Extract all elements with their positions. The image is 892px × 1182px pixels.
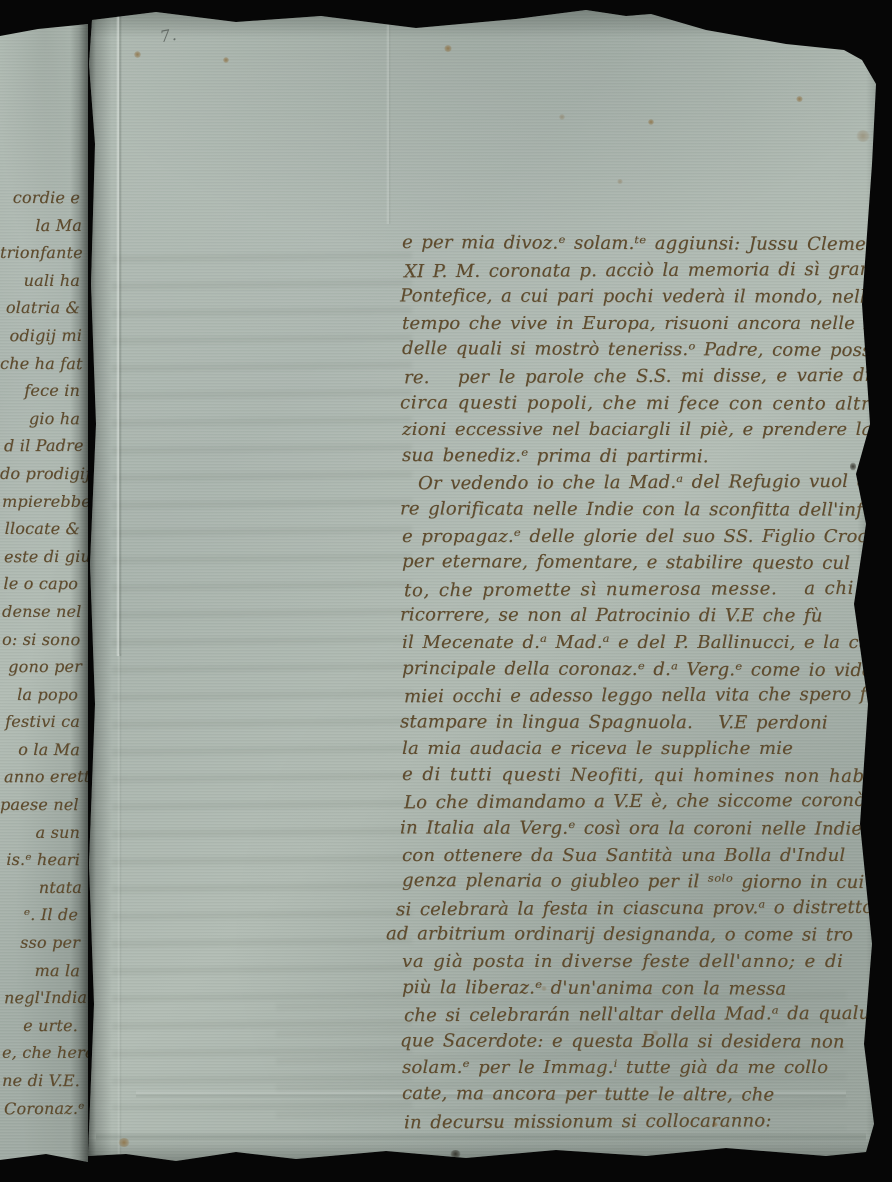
manuscript-line-fragment: negl'India [4,984,82,1012]
manuscript-line-fragment: che ha fat [0,349,78,377]
left-page-edge: cordie ela Matrionfanteuali haolatria &o… [0,24,88,1162]
manuscript-line-fragment: olatria & [2,294,80,322]
manuscript-line: cate, ma ancora per tutte le altre, che [402,1081,880,1110]
manuscript-line-fragment: ntata [4,874,82,902]
manuscript-page: 7. e per mia divoz.ᵉ solam.ᵗᵉ aggiunsi: … [86,4,888,1168]
vertical-crease [386,24,391,224]
manuscript-line: stampare in lingua Spagnuola. V.E perdon… [400,709,878,737]
manuscript-line-fragment: gio ha [2,405,80,433]
manuscript-line: Pontefice, a cui pari pochi vederà il mo… [400,284,878,312]
manuscript-line-fragment: ma la [2,956,80,984]
manuscript-line: XI P. M. coronata p. acciò la memoria di… [404,256,882,285]
manuscript-line: zioni eccessive nel baciargli il piè, e … [402,417,880,444]
manuscript-line: re glorificata nelle Indie con la sconfi… [400,496,878,524]
letter-text-block: e per mia divoz.ᵉ solam.ᵗᵉ aggiunsi: Jus… [402,231,880,1135]
manuscript-line: per eternare, fomentare, e stabilire que… [402,549,880,578]
fox-stain [134,51,141,58]
manuscript-line: più la liberaz.ᵉ d'un'anima con la messa [402,975,880,1004]
manuscript-line: tempo che vive in Europa, risuoni ancora… [402,311,880,338]
manuscript-line: in Italia ala Verg.ᵉ così ora la coroni … [400,815,878,843]
fox-stain [648,119,654,125]
manuscript-line-fragment: e urte. [0,1012,78,1040]
manuscript-line: solam.ᵉ per le Immag.ⁱ tutte già da me c… [402,1055,880,1082]
manuscript-line-fragment: mpierebbe [2,488,80,516]
manuscript-line-fragment: le o capo [0,570,78,598]
manuscript-line-fragment: odigij mi [4,322,82,350]
manuscript-line-fragment: la popo [0,681,78,709]
manuscript-line-fragment: dense nel [2,598,80,626]
manuscript-line-fragment: paese nel [0,791,78,819]
manuscript-line: sua benediz.ᵉ prima di partirmi. [402,443,880,472]
manuscript-line-fragment: ᵉ. Il de [0,901,78,929]
manuscript-line: miei occhi e adesso leggo nella vita che… [404,682,882,711]
manuscript-line-fragment: sso per [2,929,80,957]
manuscript-line-fragment: cordie e [2,184,80,212]
manuscript-line-fragment: fece in [2,377,80,405]
fox-stain [617,179,623,184]
manuscript-line-fragment: Coronaz.ᵉ [4,1094,82,1122]
manuscript-line: ricorrere, se non al Patrocinio di V.E c… [400,603,878,631]
fox-stain [856,130,870,142]
left-page-line-endings: cordie ela Matrionfanteuali haolatria &o… [2,184,80,1122]
manuscript-line-fragment: d il Padre [4,432,82,460]
manuscript-line: to, che promette sì numerosa messe. a ch… [404,575,882,604]
manuscript-line: Or vedendo io che la Mad.ᵃ del Refugio v… [404,469,882,498]
fox-stain [450,1150,461,1158]
manuscript-line-fragment: festivi ca [2,708,80,736]
fox-stain [444,45,452,52]
manuscript-line: che si celebrarán nell'altar della Mad.ᵃ… [404,1001,882,1030]
manuscript-line: il Mecenate d.ᵃ Mad.ᵃ e del P. Ballinucc… [402,630,880,657]
manuscript-line: re. per le parole che S.S. mi disse, e v… [404,363,882,392]
pencil-folio-number: 7. [158,25,178,47]
manuscript-line: e per mia divoz.ᵉ solam.ᵗᵉ aggiunsi: Jus… [402,230,880,259]
manuscript-line: e propagaz.ᵉ delle glorie del suo SS. Fi… [402,524,880,551]
manuscript-line: Lo che dimandamo a V.E è, che siccome co… [404,788,882,817]
manuscript-line: in decursu missionum si collocaranno: [404,1107,882,1136]
manuscript-line: circa questi popoli, che mi fece con cen… [400,390,878,418]
manuscript-line-fragment: o la Ma [2,736,80,764]
manuscript-line-fragment: do prodigij [0,460,78,488]
manuscript-line: e di tutti questi Neofiti, qui homines n… [402,762,880,791]
manuscript-line: principale della coronaz.ᵉ d.ᵃ Verg.ᵉ co… [402,655,880,684]
scanned-manuscript-photo: { "colors": { "backdrop": "#060606", "pa… [0,0,892,1182]
manuscript-line: va già posta in diverse feste dell'anno;… [402,949,880,976]
manuscript-line-fragment: uali ha [2,267,80,295]
manuscript-line-fragment: is.ᵉ heari [2,846,80,874]
manuscript-line-fragment: este di giu [4,543,82,571]
manuscript-line: si celebrarà la festa in ciascuna prov.ᵃ… [396,895,882,924]
manuscript-line-fragment: la Ma [4,211,82,239]
manuscript-line-fragment: trionfante [0,239,78,267]
manuscript-line-fragment: e, che here [2,1039,80,1067]
manuscript-line: con ottenere da Sua Santità una Bolla d'… [402,843,880,870]
fox-stain [796,96,803,102]
vertical-crease [117,654,122,1154]
manuscript-line-fragment: o: si sono [2,625,80,653]
fox-stain [118,1138,130,1147]
vertical-crease [116,16,122,656]
manuscript-line-fragment: ne di V.E. [2,1067,80,1095]
ink-bleedthrough [112,240,412,1110]
manuscript-line: genza plenaria o giubleo per il ˢᵒˡᵒ gio… [402,868,880,897]
fox-stain [559,114,565,120]
manuscript-line-fragment: gono per [4,653,82,681]
manuscript-line: la mia audacia e riceva le suppliche mie [402,736,880,763]
fox-stain [223,57,229,63]
manuscript-line-fragment: llocate & [2,515,80,543]
manuscript-line-fragment: a sun [2,819,80,847]
manuscript-line: que Sacerdote: e questa Bolla si desider… [400,1028,878,1056]
manuscript-line-fragment: anno eretto [4,763,82,791]
manuscript-line: delle quali si mostrò teneriss.ᵒ Padre, … [402,336,880,365]
manuscript-line: ad arbitrium ordinarij designanda, o com… [386,922,878,950]
